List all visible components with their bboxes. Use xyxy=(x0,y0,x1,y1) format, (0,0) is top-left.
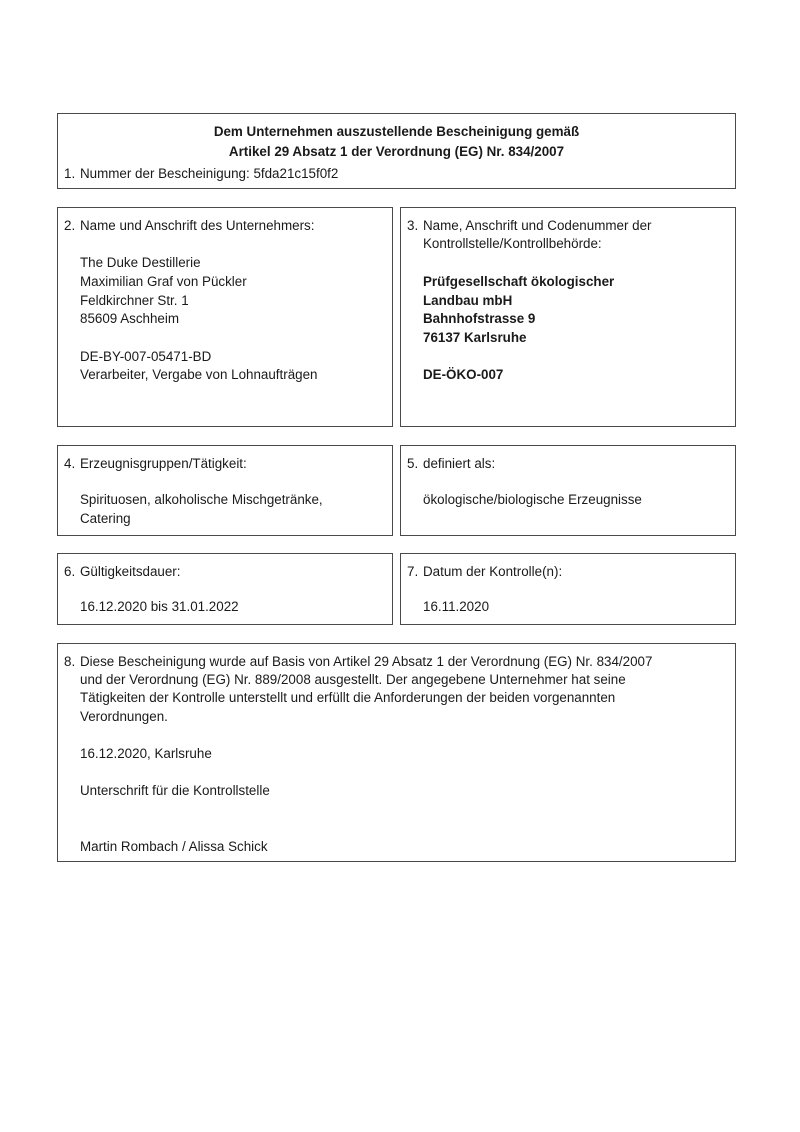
certificate-number-label: Nummer der Bescheinigung: xyxy=(80,166,250,181)
attestation-date-place: 16.12.2020, Karlsruhe xyxy=(80,746,212,762)
operator-label: 2.Name und Anschrift des Unternehmers: xyxy=(64,218,314,234)
attestation-text-line1-content: Diese Bescheinigung wurde auf Basis von … xyxy=(80,654,652,669)
field-number: 2. xyxy=(64,218,80,234)
product-groups-value-line1: Spirituosen, alkoholische Mischgetränke, xyxy=(80,492,323,508)
control-body-city: 76137 Karlsruhe xyxy=(423,330,526,346)
certificate-title-line2: Artikel 29 Absatz 1 der Verordnung (EG) … xyxy=(58,144,735,160)
operator-street: Feldkirchner Str. 1 xyxy=(80,293,189,309)
field-number: 5. xyxy=(407,456,423,472)
validity-value: 16.12.2020 bis 31.01.2022 xyxy=(80,599,239,615)
field-number: 3. xyxy=(407,218,423,234)
certificate-number-row: 1.Nummer der Bescheinigung: 5fda21c15f0f… xyxy=(64,166,338,182)
operator-contact: Maximilian Graf von Pückler xyxy=(80,274,247,290)
control-body-label-line2: Kontrollstelle/Kontrollbehörde: xyxy=(423,236,602,252)
control-body-box: 3.Name, Anschrift und Codenummer der Kon… xyxy=(400,207,736,427)
field-number: 1. xyxy=(64,166,80,182)
defined-as-label-text: definiert als: xyxy=(423,456,495,471)
attestation-text-line4: Verordnungen. xyxy=(80,709,168,725)
operator-name: The Duke Destillerie xyxy=(80,255,201,271)
field-number: 7. xyxy=(407,564,423,580)
attestation-text-line3: Tätigkeiten der Kontrolle unterstellt un… xyxy=(80,690,615,706)
inspection-date-label: 7.Datum der Kontrolle(n): xyxy=(407,564,562,580)
product-groups-label: 4.Erzeugnisgruppen/Tätigkeit: xyxy=(64,456,247,472)
operator-box: 2.Name und Anschrift des Unternehmers: T… xyxy=(57,207,393,427)
product-groups-box: 4.Erzeugnisgruppen/Tätigkeit: Spirituose… xyxy=(57,445,393,536)
defined-as-box: 5.definiert als: ökologische/biologische… xyxy=(400,445,736,536)
signatories: Martin Rombach / Alissa Schick xyxy=(80,839,268,855)
field-number: 6. xyxy=(64,564,80,580)
attestation-text-line1: 8.Diese Bescheinigung wurde auf Basis vo… xyxy=(64,654,652,670)
inspection-date-value: 16.11.2020 xyxy=(423,599,489,615)
operator-code: DE-BY-007-05471-BD xyxy=(80,349,211,365)
operator-city: 85609 Aschheim xyxy=(80,311,179,327)
validity-label: 6.Gültigkeitsdauer: xyxy=(64,564,180,580)
operator-label-text: Name und Anschrift des Unternehmers: xyxy=(80,218,314,233)
defined-as-value: ökologische/biologische Erzeugnisse xyxy=(423,492,642,508)
inspection-date-label-text: Datum der Kontrolle(n): xyxy=(423,564,562,579)
control-body-street: Bahnhofstrasse 9 xyxy=(423,311,535,327)
attestation-text-line2: und der Verordnung (EG) Nr. 889/2008 aus… xyxy=(80,672,626,688)
field-number: 4. xyxy=(64,456,80,472)
validity-box: 6.Gültigkeitsdauer: 16.12.2020 bis 31.01… xyxy=(57,553,393,625)
operator-activity: Verarbeiter, Vergabe von Lohnaufträgen xyxy=(80,367,318,383)
control-body-code: DE-ÖKO-007 xyxy=(423,367,503,383)
validity-label-text: Gültigkeitsdauer: xyxy=(80,564,180,579)
product-groups-label-text: Erzeugnisgruppen/Tätigkeit: xyxy=(80,456,247,471)
inspection-date-box: 7.Datum der Kontrolle(n): 16.11.2020 xyxy=(400,553,736,625)
attestation-box: 8.Diese Bescheinigung wurde auf Basis vo… xyxy=(57,643,736,862)
control-body-name: Prüfgesellschaft ökologischer xyxy=(423,274,614,290)
certificate-title-line1: Dem Unternehmen auszustellende Bescheini… xyxy=(58,124,735,140)
control-body-label-line1: Name, Anschrift und Codenummer der xyxy=(423,218,652,233)
signature-label: Unterschrift für die Kontrollstelle xyxy=(80,783,270,799)
product-groups-value-line2: Catering xyxy=(80,511,131,527)
control-body-label: 3.Name, Anschrift und Codenummer der xyxy=(407,218,652,234)
certificate-number-value: 5fda21c15f0f2 xyxy=(253,166,338,181)
certificate-header-box: Dem Unternehmen auszustellende Bescheini… xyxy=(57,113,736,189)
field-number: 8. xyxy=(64,654,80,670)
defined-as-label: 5.definiert als: xyxy=(407,456,495,472)
control-body-name-line2: Landbau mbH xyxy=(423,293,512,309)
